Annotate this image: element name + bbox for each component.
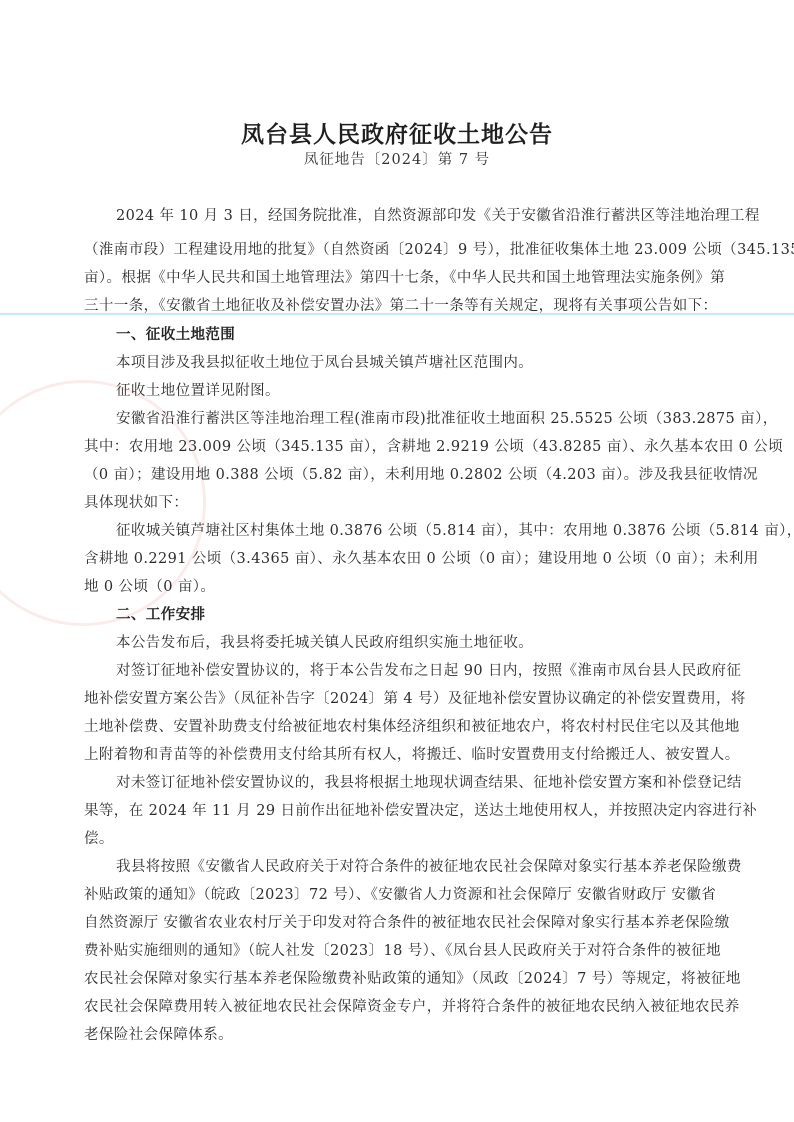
body-text-line: 征收土地位置详见附图。 [116,381,710,401]
body-text-line: 偿。 [84,829,710,849]
body-text-line: 其中：农用地 23.009 公顷（345.135 亩），含耕地 2.9219 公… [84,437,710,457]
body-text-line: 农民社会保障费用转入被征地农民社会保障资金专户，并将符合条件的被征地农民纳入被征… [84,997,710,1017]
section-heading: 一、征收土地范围 [116,325,710,345]
body-text-line: 本公告发布后，我县将委托城关镇人民政府组织实施土地征收。 [116,633,710,653]
body-text-line: （淮南市段）工程建设用地的批复》（自然资函〔2024〕9 号），批准征收集体土地… [84,240,710,260]
body-text-line: 农民社会保障对象实行基本养老保险缴费补贴政策的通知》（凤政〔2024〕7 号）等… [84,969,710,989]
body-text-line: 费补贴实施细则的通知》（皖人社发〔2023〕18 号）、《凤台县人民政府关于对符… [84,941,710,961]
body-text-line: 土地补偿费、安置补助费支付给被征地农村集体经济组织和被征地农户，将农村村民住宅以… [84,717,710,737]
body-text-line: （0 亩）；建设用地 0.388 公顷（5.82 亩），未利用地 0.2802 … [84,465,710,485]
body-text-line: 我县将按照《安徽省人民政府关于对符合条件的被征地农民社会保障对象实行基本养老保险… [116,857,710,877]
document-page: 凤台县人民政府征收土地公告 凤征地告〔2024〕第 7 号 2024 年 10 … [0,0,794,1122]
document-number: 凤征地告〔2024〕第 7 号 [0,148,794,169]
body-text-line: 亩）。根据《中华人民共和国土地管理法》第四十七条，《中华人民共和国土地管理法实施… [84,268,710,288]
body-text-line: 征收城关镇芦塘社区村集体土地 0.3876 公顷（5.814 亩），其中：农用地… [116,521,710,541]
body-text-line: 果等，在 2024 年 11 月 29 日前作出征地补偿安置决定，送达土地使用权… [84,801,710,821]
body-text-line: 安徽省沿淮行蓄洪区等洼地治理工程(淮南市段)批准征收土地面积 25.5525 公… [116,409,710,429]
body-text-line: 上附着物和青苗等的补偿费用支付给其所有权人，将搬迁、临时安置费用支付给搬迁人、被… [84,745,710,765]
body-text-line: 老保险社会保障体系。 [84,1025,710,1045]
body-text-line: 本项目涉及我县拟征收土地位于凤台县城关镇芦塘社区范围内。 [116,353,710,373]
body-text-line: 地补偿安置方案公告》（凤征补告字〔2024〕第 4 号）及征地补偿安置协议确定的… [84,689,710,709]
body-text-line: 地 0 公顷（0 亩）。 [84,577,710,597]
body-text-line: 对未签订征地补偿安置协议的，我县将根据土地现状调查结果、征地补偿安置方案和补偿登… [116,773,710,793]
body-text-line: 2024 年 10 月 3 日，经国务院批准，自然资源部印发《关于安徽省沿淮行蓄… [116,206,710,226]
body-text-line: 含耕地 0.2291 公顷（3.4365 亩）、永久基本农田 0 公顷（0 亩）… [84,549,710,569]
body-text-line: 具体现状如下： [84,493,710,513]
body-text-line: 对签订征地补偿安置协议的，将于本公告发布之日起 90 日内，按照《淮南市凤台县人… [116,661,710,681]
body-text-line: 补贴政策的通知》（皖政〔2023〕72 号）、《安徽省人力资源和社会保障厅 安徽… [84,885,710,905]
body-text-line: 自然资源厅 安徽省农业农村厅关于印发对符合条件的被征地农民社会保障对象实行基本养… [84,913,710,933]
page-title: 凤台县人民政府征收土地公告 [0,116,794,149]
body-text-line: 三十一条，《安徽省土地征收及补偿安置办法》第二十一条等有关规定，现将有关事项公告… [84,296,710,316]
section-heading: 二、工作安排 [116,605,710,625]
